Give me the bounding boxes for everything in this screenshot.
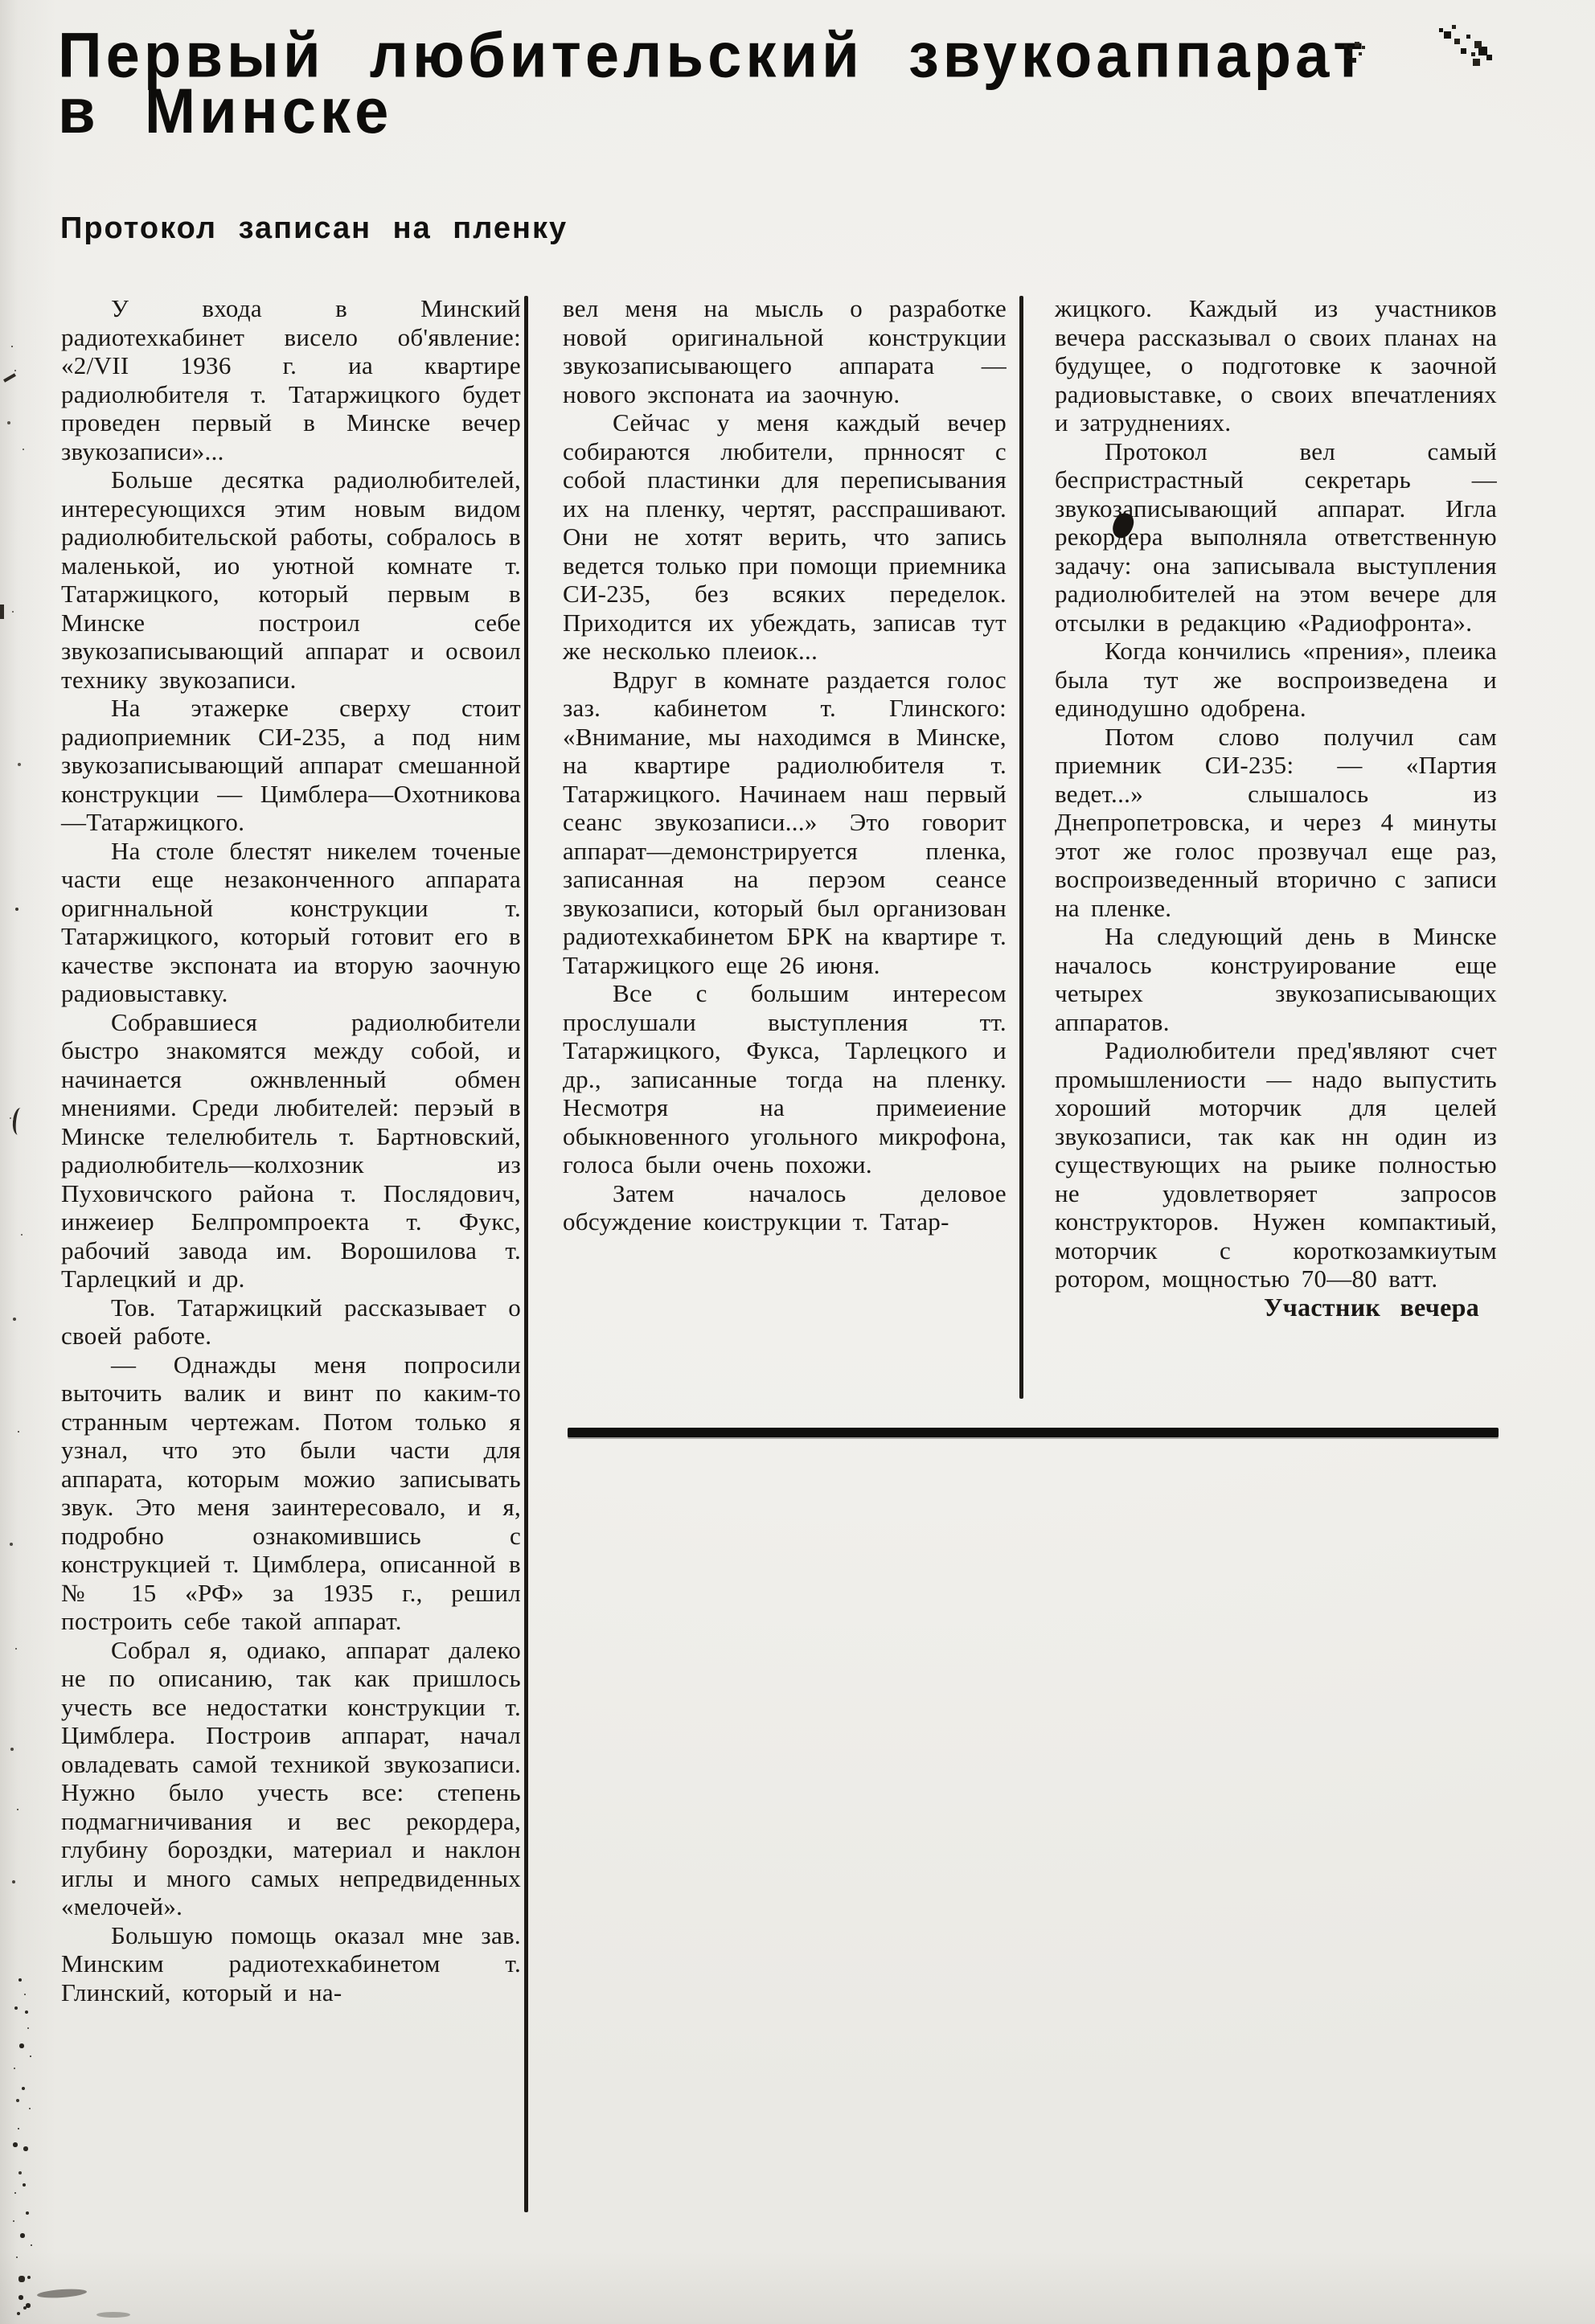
article-title: Первый любительский звукоаппаратв Минске bbox=[58, 27, 1367, 139]
pen-mark-left-margin bbox=[11, 1107, 27, 1135]
ink-speck-cluster-top-right-1 bbox=[1344, 44, 1347, 47]
article-title-line-2: в Минске bbox=[58, 84, 1367, 140]
text-column-2: вел меня на мысль о разработке новой ори… bbox=[563, 294, 1007, 1236]
article-subtitle: Протокол записан на пленку bbox=[60, 212, 568, 244]
column-divider-rule-2 bbox=[1019, 296, 1023, 1399]
tick-mark-left-edge bbox=[3, 373, 16, 382]
column-divider-rule-1 bbox=[524, 296, 528, 2212]
paragraph: У входа в Минский радиотехкабинет висело… bbox=[61, 294, 521, 465]
paragraph: вел меня на мысль о разработке новой ори… bbox=[563, 294, 1007, 408]
paragraph: На столе блестят никелем точеные части е… bbox=[61, 837, 521, 1008]
scan-speckle-band-upper-left bbox=[11, 346, 13, 347]
paragraph: Затем началось деловое обсуждение коистр… bbox=[563, 1179, 1007, 1236]
paragraph: Собравшиеся радиолюбители быстро знакомя… bbox=[61, 1008, 521, 1293]
scanned-newspaper-page: Первый любительский звукоаппаратв Минске… bbox=[0, 0, 1595, 2324]
edge-dash-left bbox=[0, 605, 4, 619]
ink-speck-cluster-top-right-2 bbox=[1439, 28, 1443, 32]
article-title-line-1: Первый любительский звукоаппарат bbox=[58, 27, 1367, 84]
paragraph: На этажерке сверху стоит радиоприемник С… bbox=[61, 694, 521, 837]
paragraph: Больше десятка радиолюбителей, интересую… bbox=[61, 465, 521, 694]
scan-speckle-band-lower-left bbox=[19, 1979, 21, 1981]
paragraph: — Однажды меня попросили выточить валик … bbox=[61, 1351, 521, 1636]
paragraph: Тов. Татаржицкий рассказывает о своей ра… bbox=[61, 1293, 521, 1351]
paragraph: Большую помощь оказал мне зав. Минским р… bbox=[61, 1921, 521, 2007]
paragraph: Радиолюбители пред'являют счет промышлен… bbox=[1055, 1036, 1497, 1293]
paragraph: Собрал я, одиако, аппарат далеко не по о… bbox=[61, 1636, 521, 1921]
paragraph: На следующий день в Минске началось конс… bbox=[1055, 922, 1497, 1036]
article-end-rule bbox=[568, 1428, 1499, 1437]
text-column-1: У входа в Минский радиотехкабинет висело… bbox=[61, 294, 521, 2006]
paragraph: Вдруг в комнате раздается голос заз. каб… bbox=[563, 666, 1007, 980]
text-column-3: жицкого. Каждый из участников вечера рас… bbox=[1055, 294, 1497, 1322]
paragraph: Потом слово получил сам приемник СИ-235:… bbox=[1055, 723, 1497, 923]
paragraph: Когда кончились «прения», плеика была ту… bbox=[1055, 637, 1497, 723]
paragraph: жицкого. Каждый из участников вечера рас… bbox=[1055, 294, 1497, 437]
paragraph: Все с большим интересом прослушали высту… bbox=[563, 979, 1007, 1179]
byline: Участник вечера bbox=[1055, 1293, 1497, 1322]
smudge-bottom-left-1 bbox=[37, 2288, 88, 2299]
paragraph: Сейчас у меня каждый вечер собираются лю… bbox=[563, 408, 1007, 666]
smudge-bottom-left-2 bbox=[96, 2312, 130, 2318]
